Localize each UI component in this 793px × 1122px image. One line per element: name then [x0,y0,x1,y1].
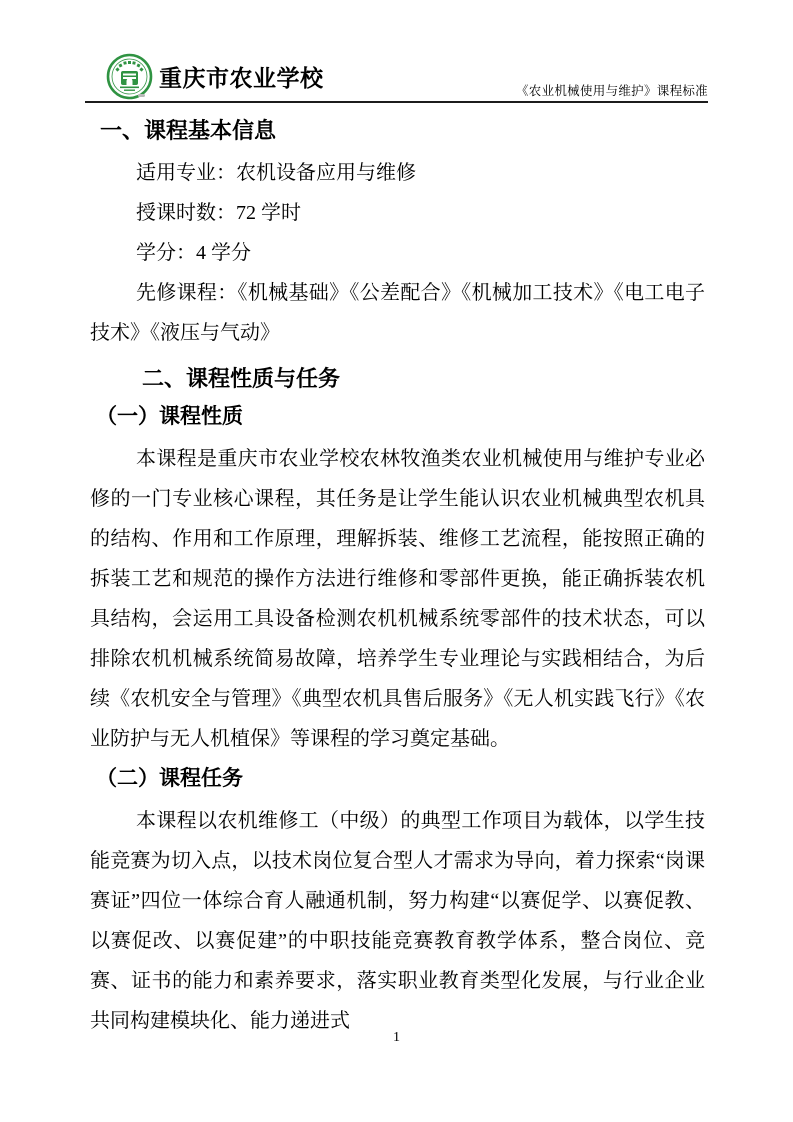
heading-nature-tasks: 二、课程性质与任务 [90,361,705,397]
header-doc-title: 《农业机械使用与维护》课程标准 [516,81,708,99]
prerequisite-courses: 先修课程：《机械基础》《公差配合》《机械加工技术》《电工电子技术》《液压与气动》 [90,273,705,353]
page-header: 重庆市农业学校 《农业机械使用与维护》课程标准 [85,0,708,103]
info-line-hours: 授课时数：72 学时 [90,193,705,233]
subheading-course-tasks: （二）课程任务 [90,761,705,797]
info-line-credits: 学分：4 学分 [90,233,705,273]
page-footer: 1 [0,1028,793,1048]
course-nature-paragraph: 本课程是重庆市农业学校农林牧渔类农业机械使用与维护专业必修的一门专业核心课程，其… [90,439,705,759]
logo-registration-mark [138,94,145,97]
document-content: 一、课程基本信息 适用专业：农机设备应用与维修 授课时数：72 学时 学分：4 … [90,113,705,1041]
subheading-course-nature: （一）课程性质 [90,399,705,435]
school-name: 重庆市农业学校 [159,60,324,93]
school-emblem-icon [106,53,153,100]
info-line-major: 适用专业：农机设备应用与维修 [90,153,705,193]
course-tasks-paragraph: 本课程以农机维修工（中级）的典型工作项目为载体，以学生技能竞赛为切入点，以技术岗… [90,801,705,1041]
heading-basic-info: 一、课程基本信息 [90,113,705,149]
page-number: 1 [393,1030,400,1045]
document-page: 重庆市农业学校 《农业机械使用与维护》课程标准 一、课程基本信息 适用专业：农机… [0,0,793,1122]
